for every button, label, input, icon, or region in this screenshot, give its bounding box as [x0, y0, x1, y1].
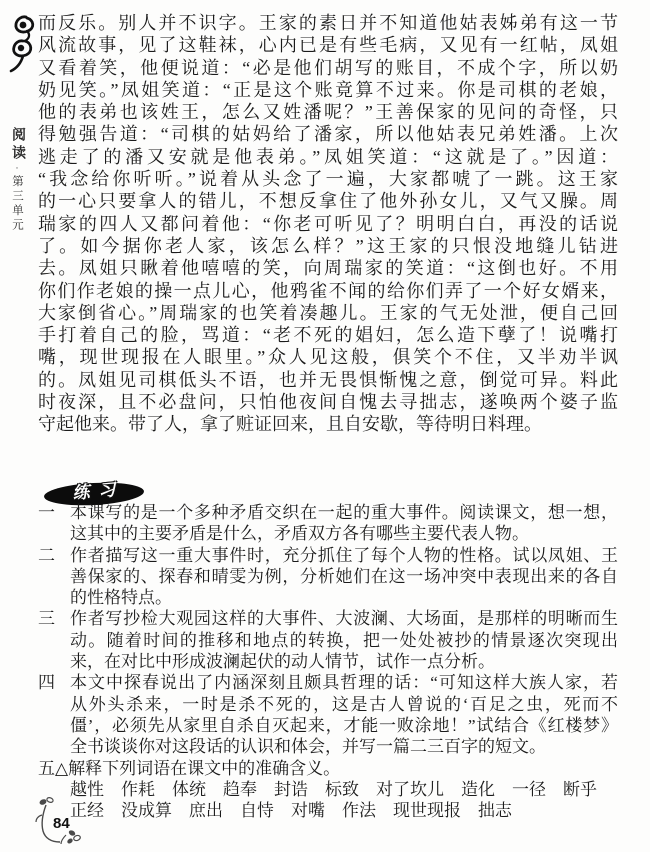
exercise-line: 善保家的、探春和晴雯为例，分析她们在这一场冲突中表现出来的各自 — [70, 566, 618, 587]
exercise-item-1: 一 本课写的是一个多种矛盾交织在一起的重大事件。阅读课文，想一想， 这其中的主要… — [38, 502, 618, 545]
page-number: 84 — [53, 815, 70, 832]
exercise-line: 的性格特点。 — [70, 587, 618, 608]
exercise-line: 五△解释下列词语在课文中的准确含义。 — [38, 758, 618, 779]
word-list-line: 越性 作耗 体统 趋奉 封诰 标致 对了坎儿 造化 一径 断乎 — [70, 779, 618, 800]
exercise-item-4: 四 本文中探春说出了内涵深刻且颇具哲理的话：“可知这样大族人家，若 从外头杀来，… — [38, 672, 618, 757]
sidebar-unit-title: 阅读 — [10, 127, 25, 163]
passage-line: 得勉强告道：“司棋的姑妈给了潘家，所以他姑表兄弟姓潘。上次 — [38, 123, 618, 145]
exercise-line: 本课写的是一个多种矛盾交织在一起的重大事件。阅读课文，想一想， — [70, 502, 618, 523]
exercise-line: 来，在对比中形成波澜起伏的动人情节，试作一点分析。 — [70, 651, 618, 672]
exercise-line: 作者写抄检大观园这样的大事件、大波澜、大场面，是那样的明晰而生 — [70, 608, 618, 629]
passage-line: 奶见笑。”凤姐笑道：“正是这个账竟算不过来。你是司棋的老娘， — [38, 79, 618, 101]
book-page: 阅读·第三单元 而反乐。别人并不识字。王家的素日并不知道他姑表姊弟有这一节 风流… — [0, 0, 650, 852]
exercise-line: 作者描写这一重大事件时，充分抓住了每个人物的性格。试以凤姐、王 — [70, 545, 618, 566]
passage-line: 逃走了的潘又安就是他表弟。”凤姐笑道：“这就是了。”因道： — [38, 146, 618, 168]
passage-line: 守起他来。带了人，拿了赃证回来，且自安歇，等待明日料理。 — [38, 413, 618, 435]
passage-line: “我念给你听听。”说着从头念了一遍，大家都唬了一跳。这王家 — [38, 168, 618, 190]
exercise-line: 从外头杀来，一时是杀不死的，这是古人曾说的‘百足之虫，死而不 — [70, 694, 618, 715]
exercise-line: 全书谈谈你对这段话的认识和体会，并写一篇二三百字的短文。 — [70, 736, 618, 757]
exercise-number: 二 — [38, 545, 55, 566]
passage-line: 时夜深，且不必盘问，只怕他夜间自愧去寻拙志，遂唤两个婆子监 — [38, 391, 618, 413]
passage-line: 去。凤姐只瞅着他嘻嘻的笑，向周瑞家的笑道：“这倒也好。不用 — [38, 257, 618, 279]
exercise-number: 一 — [38, 502, 55, 523]
passage-line: 的。凤姐见司棋低头不语，也并无畏惧惭愧之意，倒觉可异。料此 — [38, 369, 618, 391]
exercise-line: 动。随着时间的推移和地点的转换，把一处处被抄的情景逐次突现出 — [70, 630, 618, 651]
chapter-sidebar-label: 阅读·第三单元 — [9, 127, 25, 233]
exercise-number: 五 — [38, 759, 55, 778]
word-list-line: 正经 没成算 庶出 自恃 对嘴 作法 现世现报 拙志 — [70, 800, 618, 821]
exercise-line: 本文中探春说出了内涵深刻且颇具哲理的话：“可知这样大族人家，若 — [70, 672, 618, 693]
passage-line: 大家倒省心。”周瑞家的也笑着凑趣儿。王家的气无处泄，便自己回 — [38, 302, 618, 324]
exercise-text: 解释下列词语在课文中的准确含义。 — [68, 759, 340, 778]
exercise-item-2: 二 作者描写这一重大事件时，充分抓住了每个人物的性格。试以凤姐、王 善保家的、探… — [38, 545, 618, 609]
passage-line: 瑞家的四人又都问着他：“你老可听见了？明明白白，再没的话说 — [38, 213, 618, 235]
exercises-section: 一 本课写的是一个多种矛盾交织在一起的重大事件。阅读课文，想一想， 这其中的主要… — [38, 502, 618, 821]
passage-line: 他的表弟也该姓王，怎么又姓潘呢？”王善保家的见问的奇怪，只 — [38, 101, 618, 123]
exercise-triangle-marker: △ — [55, 759, 68, 778]
passage-line: 而反乐。别人并不识字。王家的素日并不知道他姑表姊弟有这一节 — [38, 12, 618, 34]
passage-line: 你们作老娘的操一点儿心，他鸦雀不闻的给你们弄了一个好女婿来， — [38, 280, 618, 302]
word-list: 越性 作耗 体统 趋奉 封诰 标致 对了坎儿 造化 一径 断乎 正经 没成算 庶… — [38, 779, 618, 822]
exercise-item-3: 三 作者写抄检大观园这样的大事件、大波澜、大场面，是那样的明晰而生 动。随着时间… — [38, 608, 618, 672]
sidebar-unit-number: 第三单元 — [11, 175, 23, 233]
reading-passage: 而反乐。别人并不识字。王家的素日并不知道他姑表姊弟有这一节 风流故事，见了这鞋袜… — [38, 12, 618, 436]
exercise-line: 这其中的主要矛盾是什么，矛盾双方各有哪些主要代表人物。 — [70, 523, 618, 544]
passage-line: 的一心只要拿人的错儿，不想反拿住了他外孙女儿，又气又臊。周 — [38, 190, 618, 212]
exercises-badge-label: 练习 — [62, 474, 125, 504]
sidebar-separator-dot: · — [12, 163, 22, 175]
passage-line: 风流故事，见了这鞋袜，心内已是有些毛病，又见有一红帖，凤姐 — [38, 34, 618, 56]
passage-line: 嘴，现世现报在人眼里。”众人见这般，俱笑个不住，又半劝半讽 — [38, 346, 618, 368]
passage-line: 了。如今据你老人家，该怎么样？”这王家的只恨没地缝儿钻进 — [38, 235, 618, 257]
exercise-item-5: 五△解释下列词语在课文中的准确含义。 — [38, 758, 618, 779]
passage-line: 又看着笑，他便说道：“必是他们胡写的账目，不成个字，所以奶 — [38, 57, 618, 79]
exercise-line: 僵’，必须先从家里自杀自灭起来，才能一败涂地！”试结合《红楼梦》 — [70, 715, 618, 736]
exercise-number: 四 — [38, 672, 55, 693]
exercise-number: 三 — [38, 608, 55, 629]
passage-line: 手打着自己的脸，骂道：“老不死的娼妇，怎么造下孽了！说嘴打 — [38, 324, 618, 346]
calligraphy-ornament-icon — [6, 14, 42, 79]
